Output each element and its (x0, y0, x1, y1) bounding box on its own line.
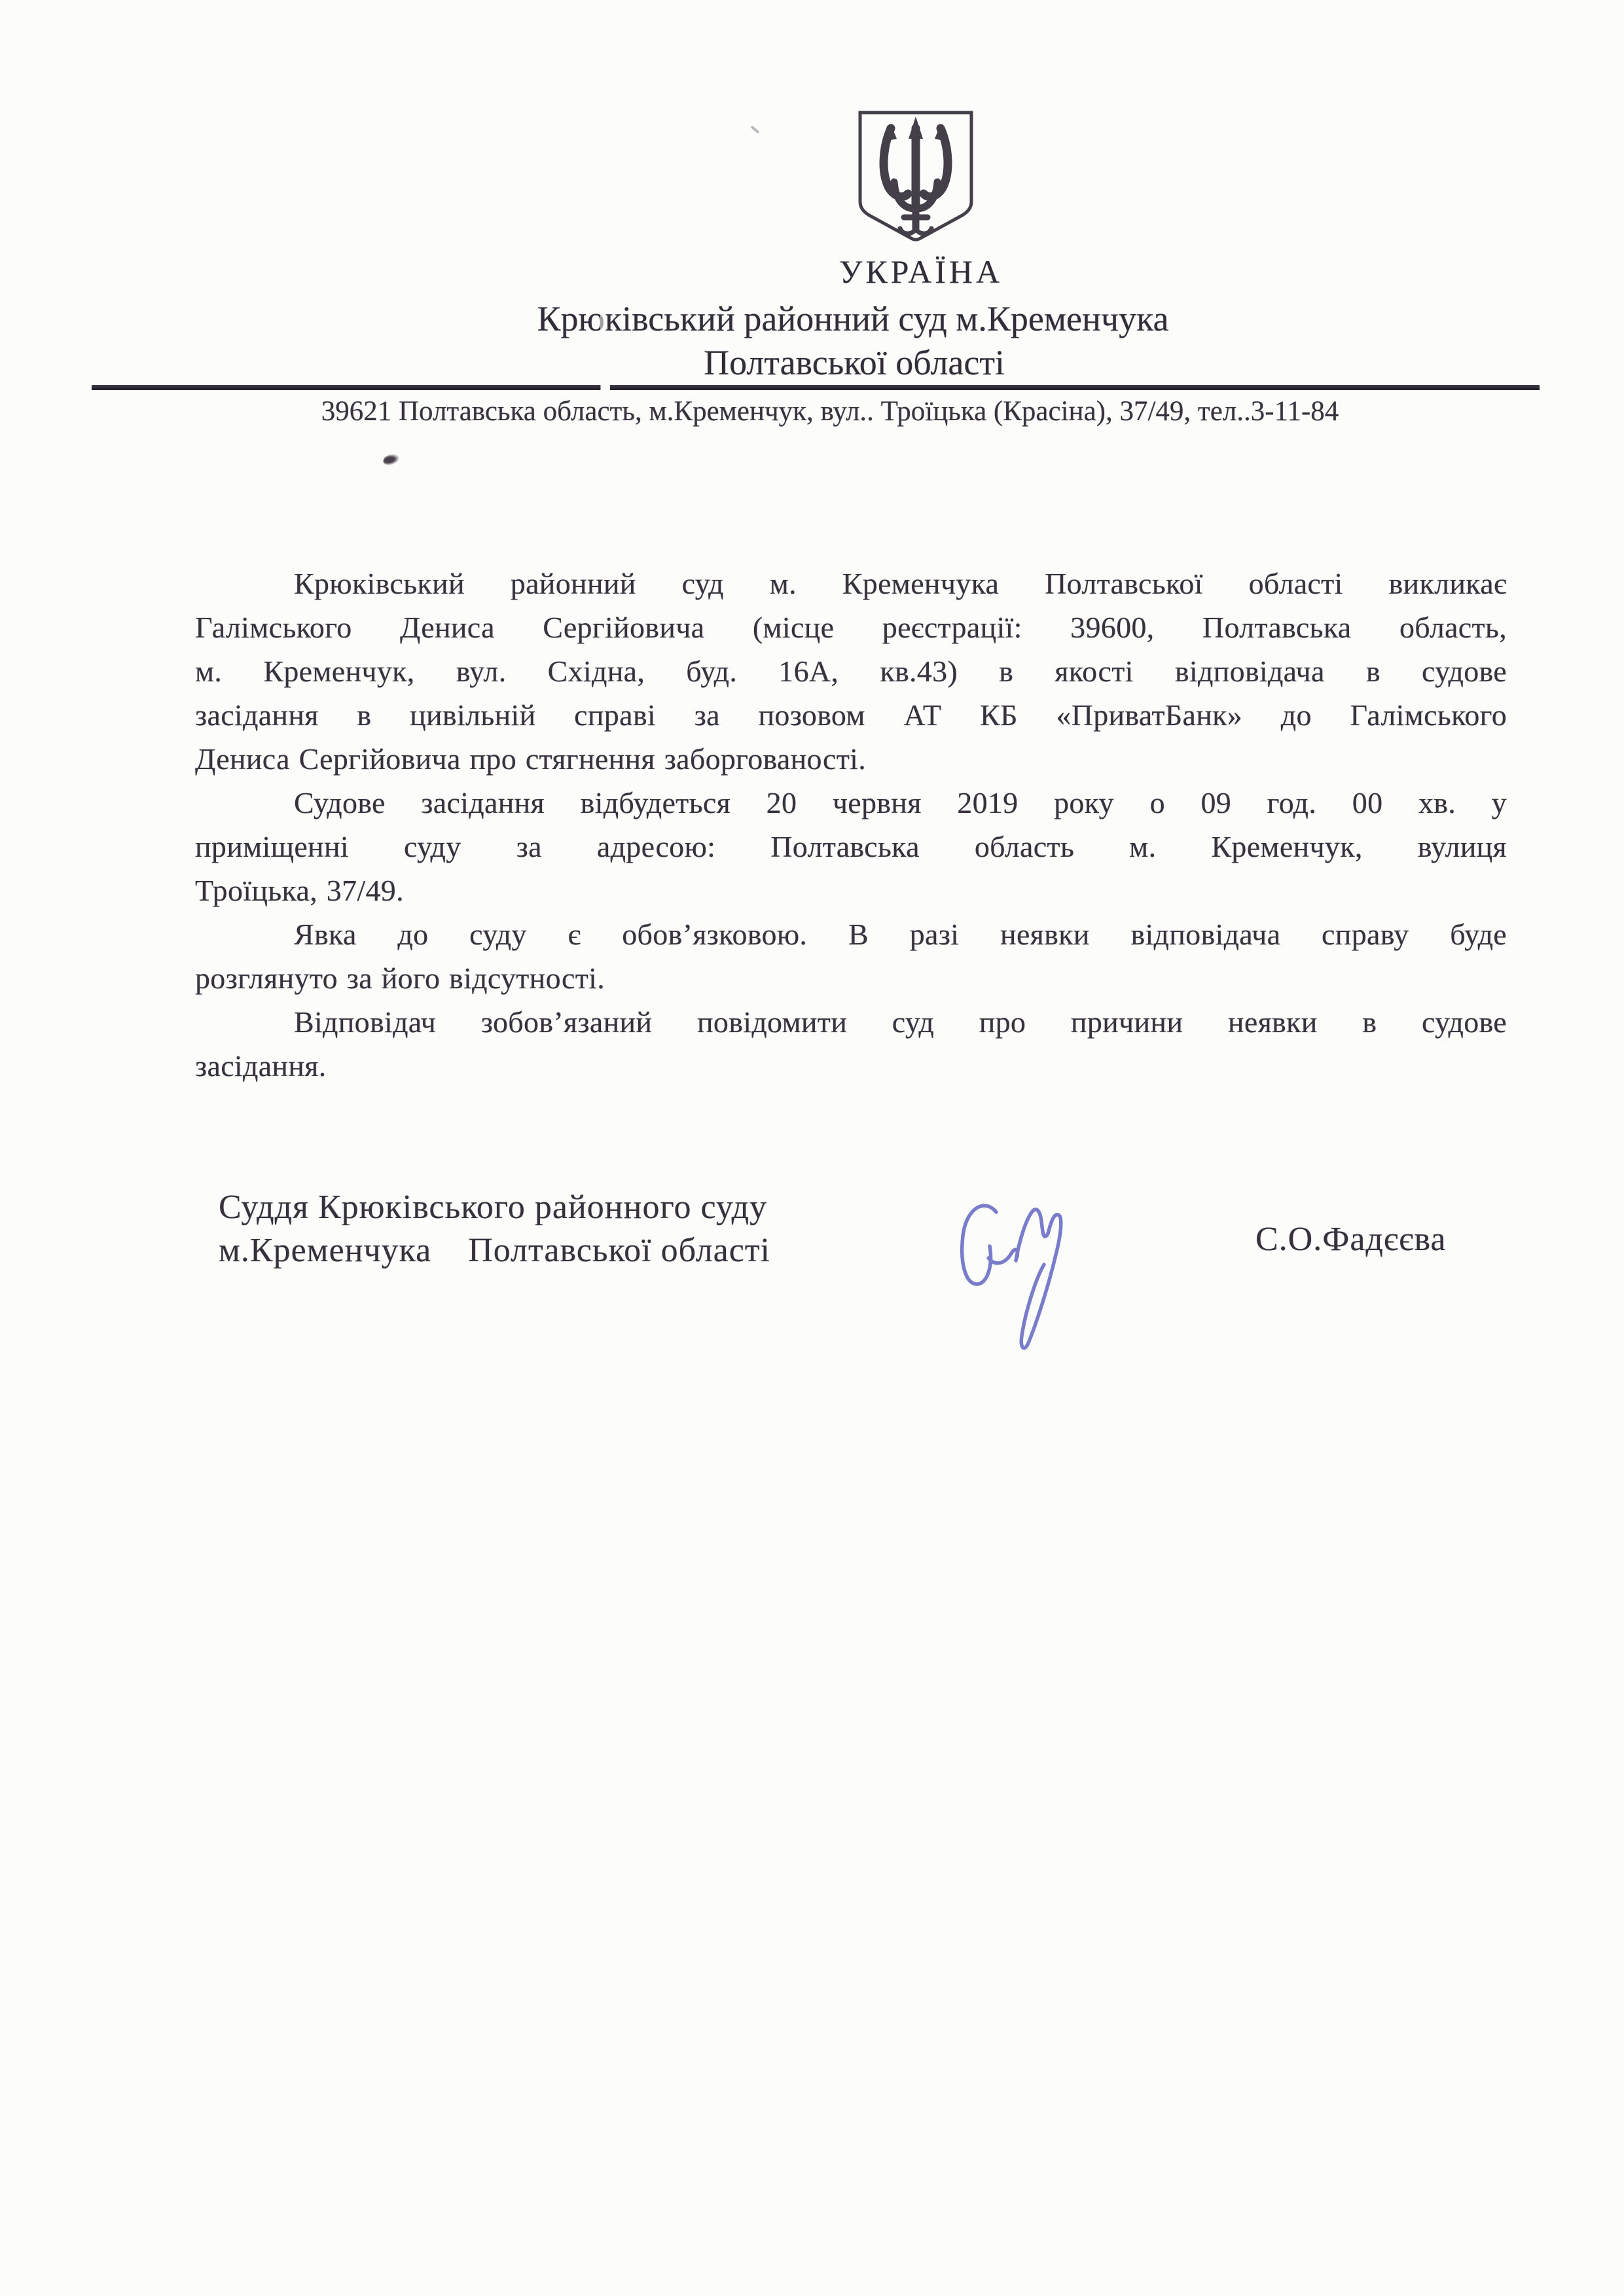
judge-title-line1: Суддя Крюківського районного суду (219, 1186, 770, 1229)
summons-body-text: Крюківський районний суд м. Кременчука П… (195, 562, 1507, 1088)
country-name: УКРАЇНА (839, 253, 1003, 291)
body-line: Галімського Дениса Сергійовича (місце ре… (195, 605, 1507, 649)
court-summons-document: УКРАЇНА Крюківський районний суд м.Креме… (0, 0, 1624, 2296)
body-line: засідання. (195, 1044, 1507, 1088)
body-line: Явка до суду є обов’язковою. В разі неяв… (195, 912, 1507, 956)
body-line: Судове засідання відбудеться 20 червня 2… (195, 781, 1507, 825)
body-line: приміщенні суду за адресою: Полтавська о… (195, 825, 1507, 869)
judge-signature-icon (932, 1179, 1076, 1389)
court-name-line2: Полтавської області (704, 342, 1005, 383)
ukraine-coat-of-arms-icon (855, 109, 977, 243)
judge-title-block: Суддя Крюківського районного суду м.Крем… (219, 1186, 770, 1272)
trident-icon (884, 117, 948, 234)
scan-speck (382, 453, 401, 467)
judge-title-line2: м.Кременчука Полтавської області (219, 1229, 770, 1272)
scan-speck-small (750, 126, 759, 134)
scan-seam-artifact (600, 216, 606, 396)
body-line: засідання в цивільній справі за позовом … (195, 693, 1507, 737)
body-line: Крюківський районний суд м. Кременчука П… (195, 562, 1507, 605)
body-line: розглянуто за його відсутності. (195, 956, 1507, 1000)
body-line: м. Кременчук, вул. Східна, буд. 16А, кв.… (195, 649, 1507, 693)
court-name-line1: Крюківський районний суд м.Кременчука (537, 298, 1169, 339)
body-line: Троїцька, 37/49. (195, 869, 1507, 912)
header-divider-line (92, 385, 1540, 390)
court-address-line: 39621 Полтавська область, м.Кременчук, в… (321, 395, 1339, 427)
body-line: Відповідач зобов’язаний повідомити суд п… (195, 1000, 1507, 1044)
body-line: Дениса Сергійовича про стягнення заборго… (195, 737, 1507, 781)
judge-name: С.О.Фадєєва (1255, 1220, 1446, 1259)
